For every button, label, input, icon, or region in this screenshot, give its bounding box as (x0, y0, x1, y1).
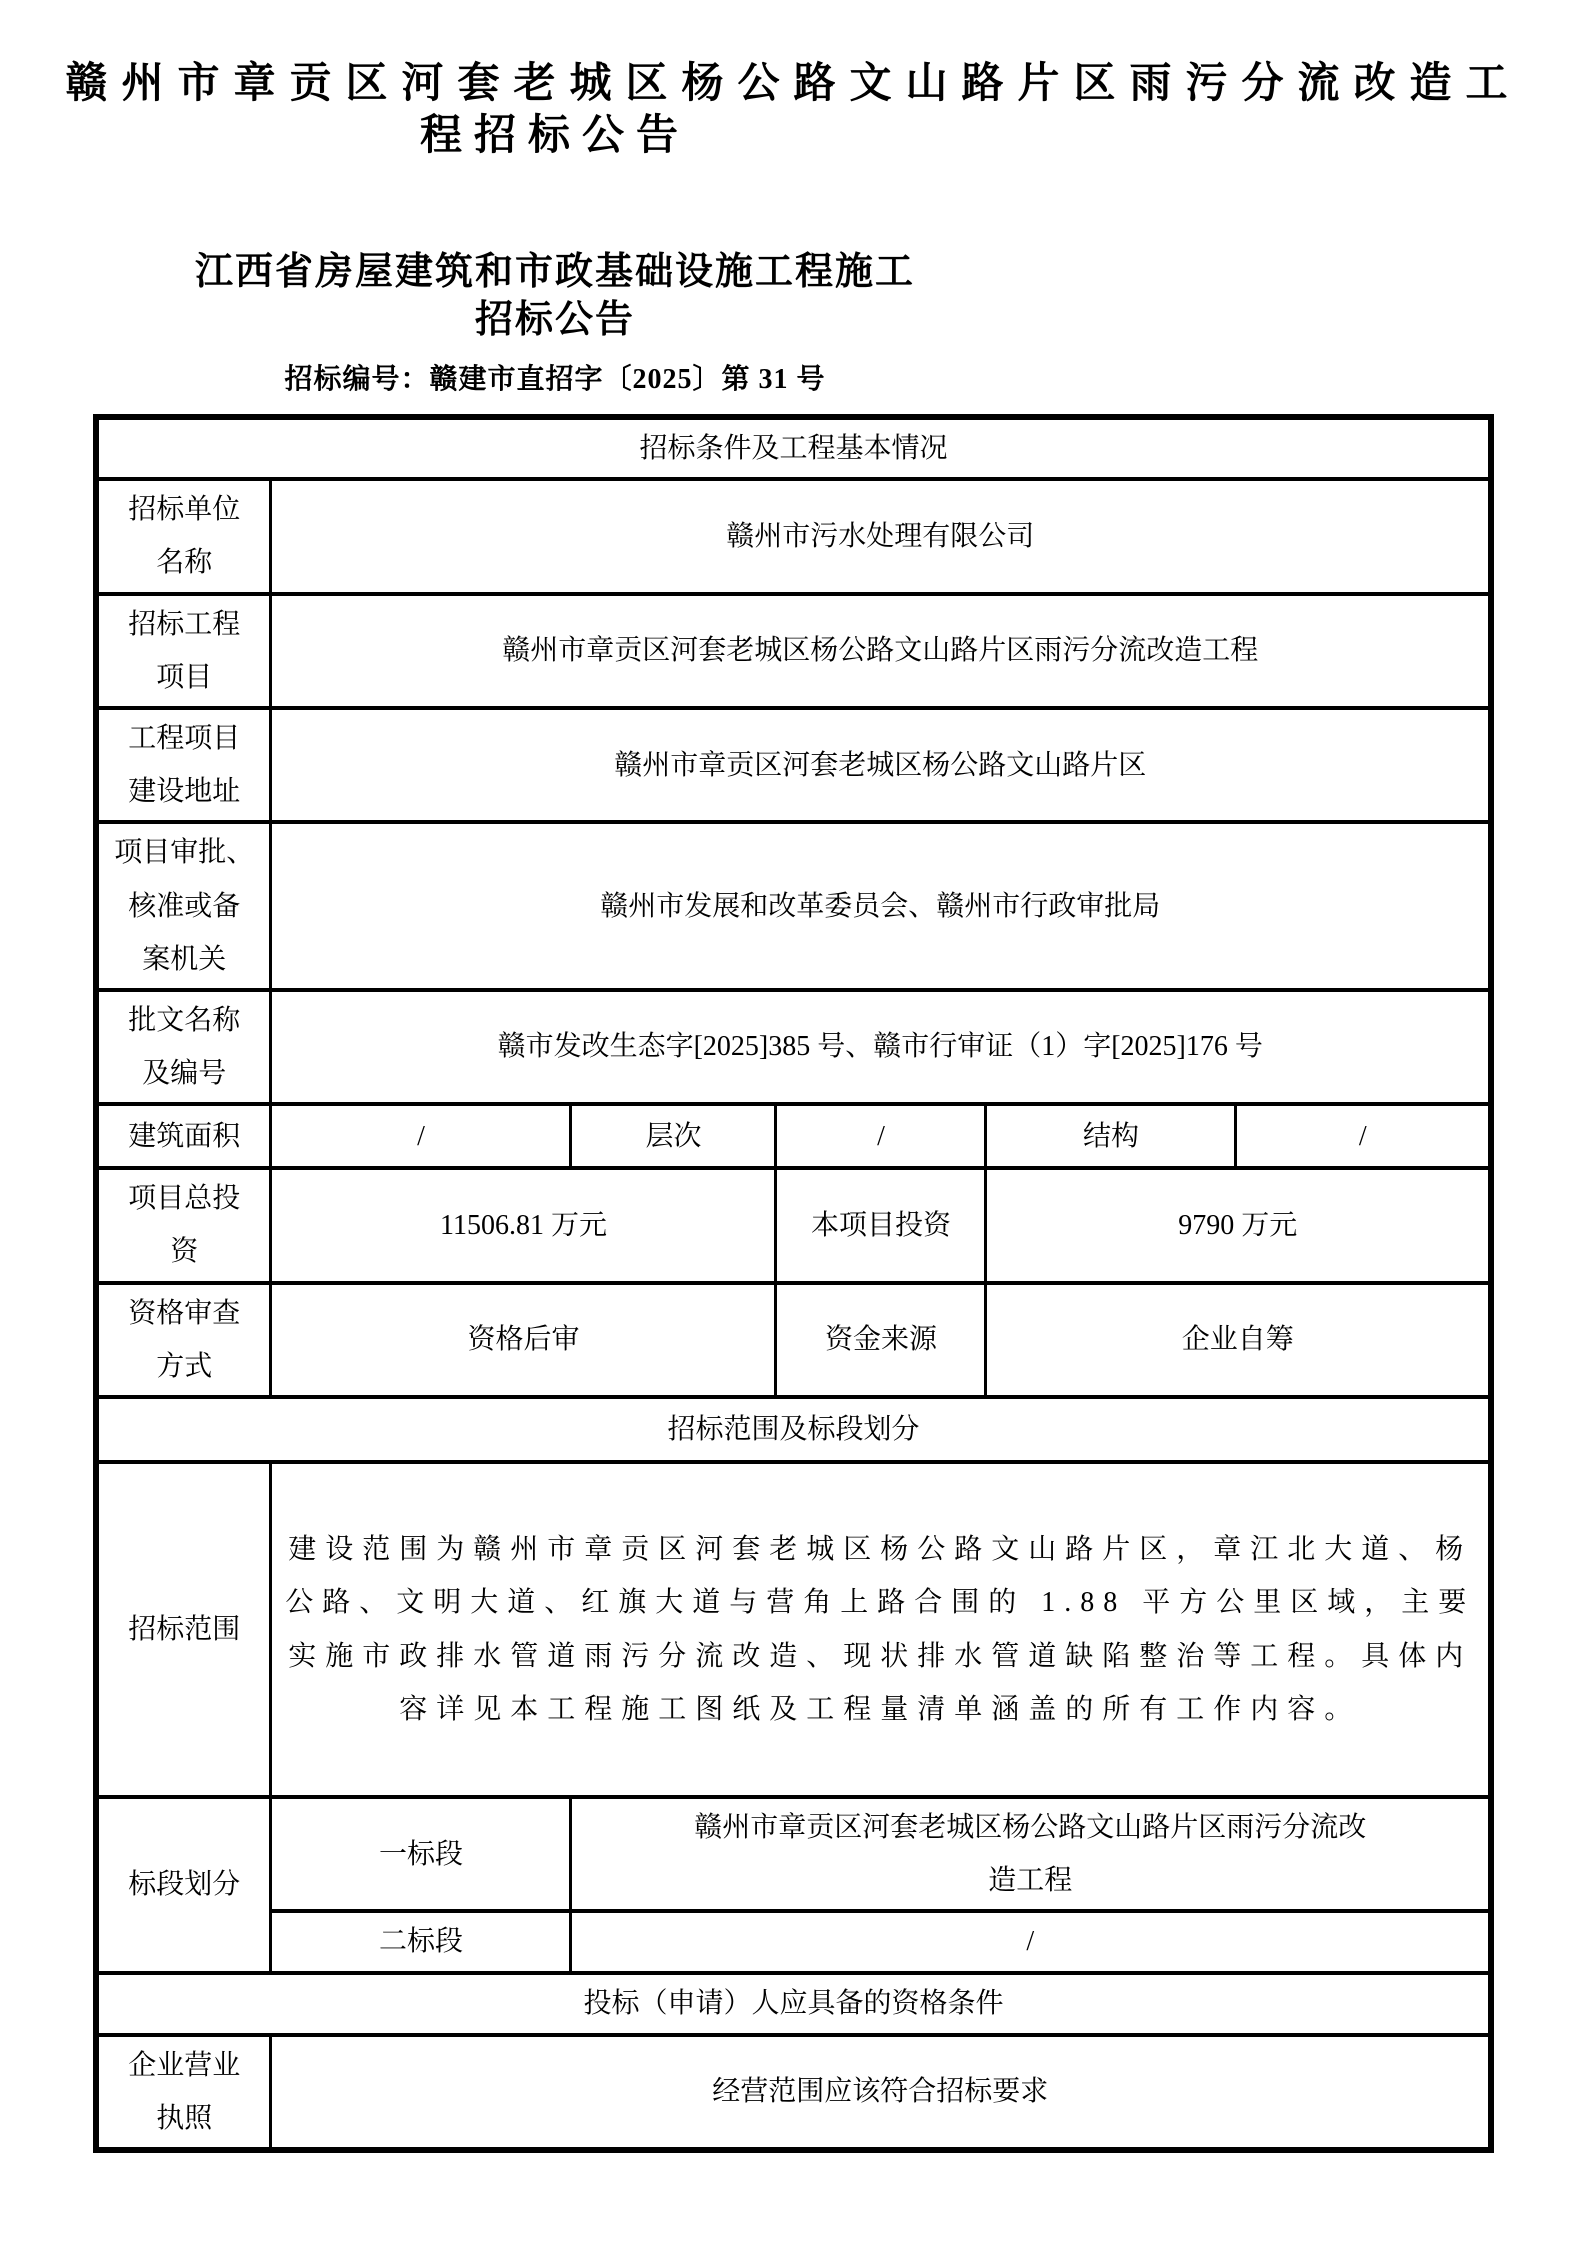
table-row: 招标工程 项目 赣州市章贡区河套老城区杨公路文山路片区雨污分流改造工程 (96, 594, 1491, 708)
document-title-line1: 赣州市章贡区河套老城区杨公路文山路片区雨污分流改造工 (0, 58, 1587, 110)
approval-authority-label-cell: 项目审批、 核准或备 案机关 (96, 822, 271, 990)
tender-project-value-cell: 赣州市章贡区河套老城区杨公路文山路片区雨污分流改造工程 (271, 594, 1491, 708)
table-row: 资格审查 方式 资格后审 资金来源 企业自筹 (96, 1283, 1491, 1397)
funding-source-label-cell: 资金来源 (776, 1283, 986, 1397)
building-area-label-cell: 建筑面积 (96, 1104, 271, 1168)
bid-section2-value-cell: / (571, 1911, 1491, 1972)
table-row: 项目审批、 核准或备 案机关 赣州市发展和改革委员会、赣州市行政审批局 (96, 822, 1491, 990)
tender-scope-label-cell: 招标范围 (96, 1462, 271, 1797)
total-investment-label-cell: 项目总投 资 (96, 1168, 271, 1282)
project-address-value-cell: 赣州市章贡区河套老城区杨公路文山路片区 (271, 708, 1491, 822)
structure-label-cell: 结构 (986, 1104, 1236, 1168)
funding-source-value-cell: 企业自筹 (986, 1283, 1491, 1397)
tender-project-label-cell: 招标工程 项目 (96, 594, 271, 708)
document-subtitle: 江西省房屋建筑和市政基础设施工程施工 招标公告 (0, 248, 1110, 344)
table-row: 投标（申请）人应具备的资格条件 (96, 1973, 1491, 2035)
document-subtitle-line2: 招标公告 (0, 296, 1110, 344)
project-investment-label-cell: 本项目投资 (776, 1168, 986, 1282)
qualification-review-label-cell: 资格审查 方式 (96, 1283, 271, 1397)
table-row: 项目总投 资 11506.81 万元 本项目投资 9790 万元 (96, 1168, 1491, 1282)
approval-authority-value-cell: 赣州市发展和改革委员会、赣州市行政审批局 (271, 822, 1491, 990)
bid-section2-label-cell: 二标段 (271, 1911, 571, 1972)
business-license-label-cell: 企业营业 执照 (96, 2035, 271, 2150)
table-row: 标段划分 一标段 赣州市章贡区河套老城区杨公路文山路片区雨污分流改 造工程 (96, 1797, 1491, 1911)
document-page: 赣州市章贡区河套老城区杨公路文山路片区雨污分流改造工 程招标公告 江西省房屋建筑… (0, 0, 1587, 2153)
tender-unit-label-cell: 招标单位 名称 (96, 479, 271, 593)
section-basic-header: 招标条件及工程基本情况 (96, 417, 1491, 479)
project-investment-value-cell: 9790 万元 (986, 1168, 1491, 1282)
table-row: 二标段 / (96, 1911, 1491, 1972)
building-area-value-cell: / (271, 1104, 571, 1168)
section-scope-header: 招标范围及标段划分 (96, 1397, 1491, 1462)
table-row: 工程项目 建设地址 赣州市章贡区河套老城区杨公路文山路片区 (96, 708, 1491, 822)
table-row: 招标单位 名称 赣州市污水处理有限公司 (96, 479, 1491, 593)
tender-unit-value-cell: 赣州市污水处理有限公司 (271, 479, 1491, 593)
approval-document-label-cell: 批文名称 及编号 (96, 990, 271, 1104)
bid-section1-label-cell: 一标段 (271, 1797, 571, 1911)
table-row: 批文名称 及编号 赣市发改生态字[2025]385 号、赣市行审证（1）字[20… (96, 990, 1491, 1104)
approval-document-value-cell: 赣市发改生态字[2025]385 号、赣市行审证（1）字[2025]176 号 (271, 990, 1491, 1104)
bid-section1-value-cell: 赣州市章贡区河套老城区杨公路文山路片区雨污分流改 造工程 (571, 1797, 1491, 1911)
document-subtitle-line1: 江西省房屋建筑和市政基础设施工程施工 (0, 248, 1110, 296)
qualification-review-value-cell: 资格后审 (271, 1283, 776, 1397)
table-row: 招标范围及标段划分 (96, 1397, 1491, 1462)
business-license-value-cell: 经营范围应该符合招标要求 (271, 2035, 1491, 2150)
total-investment-value-cell: 11506.81 万元 (271, 1168, 776, 1282)
tender-scope-value-cell: 建设范围为赣州市章贡区河套老城区杨公路文山路片区，章江北大道、杨 公路、文明大道… (271, 1462, 1491, 1797)
structure-value-cell: / (1236, 1104, 1491, 1168)
section-qualification-header: 投标（申请）人应具备的资格条件 (96, 1973, 1491, 2035)
bid-sections-label-cell: 标段划分 (96, 1797, 271, 1973)
table-row: 招标条件及工程基本情况 (96, 417, 1491, 479)
table-row: 招标范围 建设范围为赣州市章贡区河套老城区杨公路文山路片区，章江北大道、杨 公路… (96, 1462, 1491, 1797)
project-address-label-cell: 工程项目 建设地址 (96, 708, 271, 822)
table-row: 企业营业 执照 经营范围应该符合招标要求 (96, 2035, 1491, 2150)
floors-label-cell: 层次 (571, 1104, 776, 1168)
table-row: 建筑面积 / 层次 / 结构 / (96, 1104, 1491, 1168)
tender-info-table: 招标条件及工程基本情况 招标单位 名称 赣州市污水处理有限公司 招标工程 项目 … (93, 414, 1494, 2153)
floors-value-cell: / (776, 1104, 986, 1168)
document-title-line2: 程招标公告 (0, 110, 1110, 162)
tender-number-line: 招标编号：赣建市直招字〔2025〕第 31 号 (0, 360, 1110, 400)
